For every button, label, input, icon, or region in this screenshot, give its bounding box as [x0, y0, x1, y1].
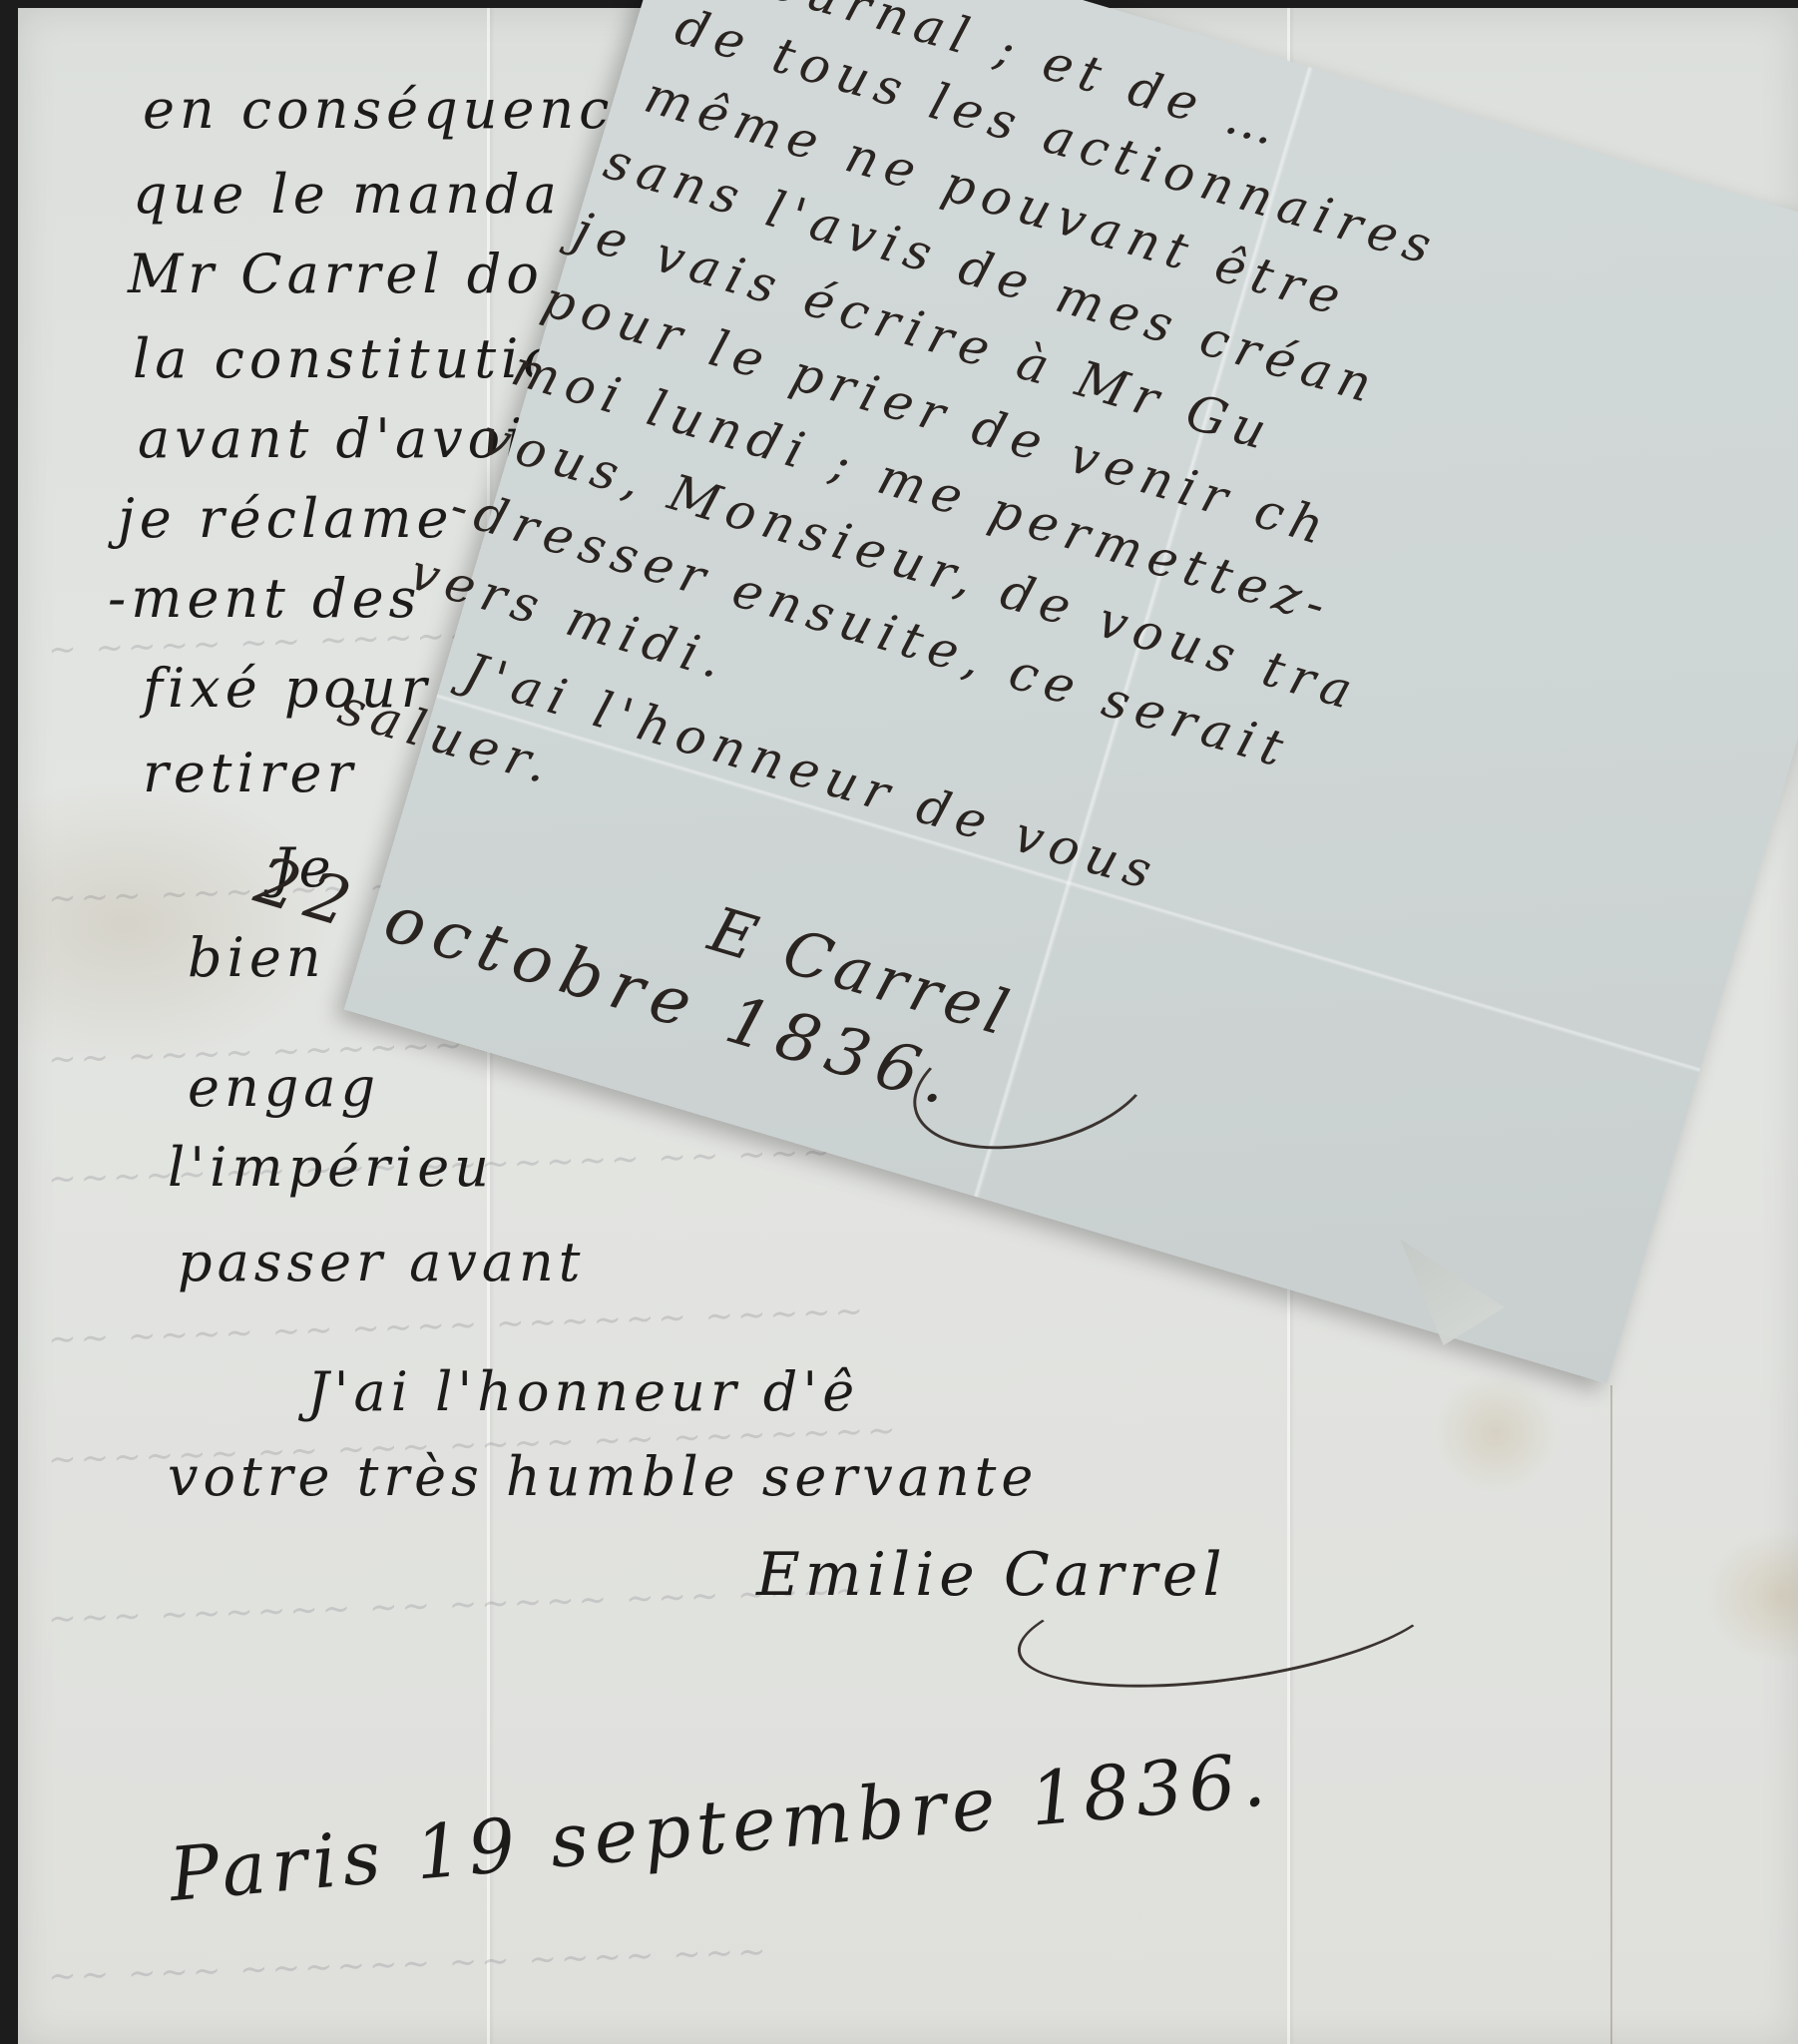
- handwritten-line: en conséquence: [143, 78, 651, 141]
- show-through-text: ~~ ~~~~ ~~ ~~~~ ~~~~~~ ~~~~~: [48, 1291, 868, 1360]
- handwritten-line: que le manda: [133, 163, 562, 226]
- handwritten-line: Mr Carrel do: [128, 243, 544, 305]
- handwritten-line: -ment des: [108, 567, 421, 630]
- photo-scene: ~ ~~~~ ~~ ~~~~~~ ~~ ~~~~ ~~ ~~~ ~~~~~~ ~…: [0, 0, 1798, 2044]
- paper-edge: [1610, 1385, 1612, 2044]
- handwritten-line: passer avant: [178, 1231, 586, 1293]
- handwritten-line: bien: [188, 926, 326, 989]
- show-through-text: ~~~ ~~~~~~ ~~ ~~~~~ ~~~ ~~~~: [48, 1571, 868, 1640]
- show-through-text: ~~ ~~~ ~~~~~~ ~~ ~~~~ ~~~: [48, 1931, 771, 1996]
- closing-line: J'ai l'honneur d'ê: [307, 1360, 859, 1423]
- handwritten-line: engag: [188, 1056, 380, 1119]
- handwritten-line: retirer: [143, 742, 357, 804]
- date-line: Paris 19 septembre 1836.: [166, 1737, 1274, 1918]
- closing-line: votre très humble servante: [168, 1445, 1038, 1508]
- handwritten-line: l'impérieu: [168, 1136, 494, 1199]
- handwritten-line: je réclame: [118, 487, 454, 550]
